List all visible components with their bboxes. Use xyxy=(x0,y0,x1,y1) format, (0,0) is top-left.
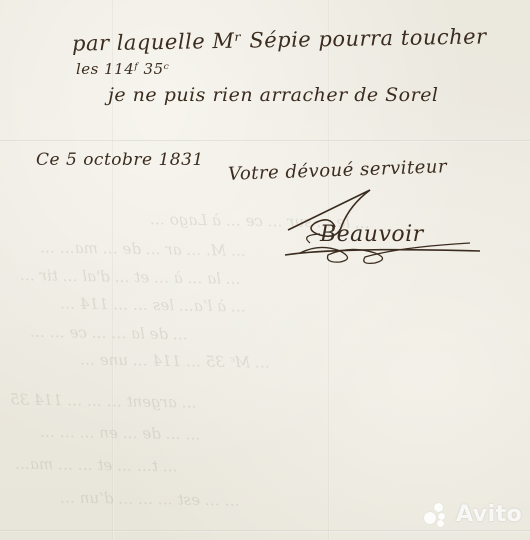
avito-logo-icon xyxy=(424,503,452,527)
bleed-through-line: … M. … ar … de … ma… … xyxy=(40,238,246,260)
bleed-through-line: … la … à … et … d'al … tir … xyxy=(20,266,241,288)
horizontal-fold-line xyxy=(0,140,530,142)
letter-page: … le … sur … ce … à Lago … … M. … ar … d… xyxy=(0,0,530,540)
bleed-through-line: … … est … … … d’un … xyxy=(60,488,240,509)
avito-watermark: Avito xyxy=(424,502,522,527)
bleed-through-line: … argent … … … 114 35 xyxy=(10,390,197,411)
bottom-fold-line xyxy=(0,530,530,532)
letter-line-2-amount: les 114ᶠ 35ᶜ xyxy=(76,60,169,78)
bleed-through-line: … t… … et … … ma… xyxy=(15,455,178,476)
bleed-through-line: … Mᶜ 35 … 114 … une … xyxy=(80,350,270,371)
letter-date: Ce 5 octobre 1831 xyxy=(36,150,204,170)
bleed-through-line: … … de … en … … … xyxy=(40,423,201,444)
signature: Beauvoir xyxy=(320,222,424,247)
bleed-through-line: … de la … … ce … … xyxy=(30,323,188,344)
letter-line-3: je ne puis rien arracher de Sorel xyxy=(108,84,439,106)
avito-watermark-text: Avito xyxy=(456,502,522,527)
letter-closing: Votre dévoué serviteur xyxy=(228,156,448,185)
bleed-through-line: … à l’a… les … … 114 … xyxy=(60,294,246,315)
letter-line-1: par laquelle Mʳ Sépie pourra toucher xyxy=(72,24,487,55)
